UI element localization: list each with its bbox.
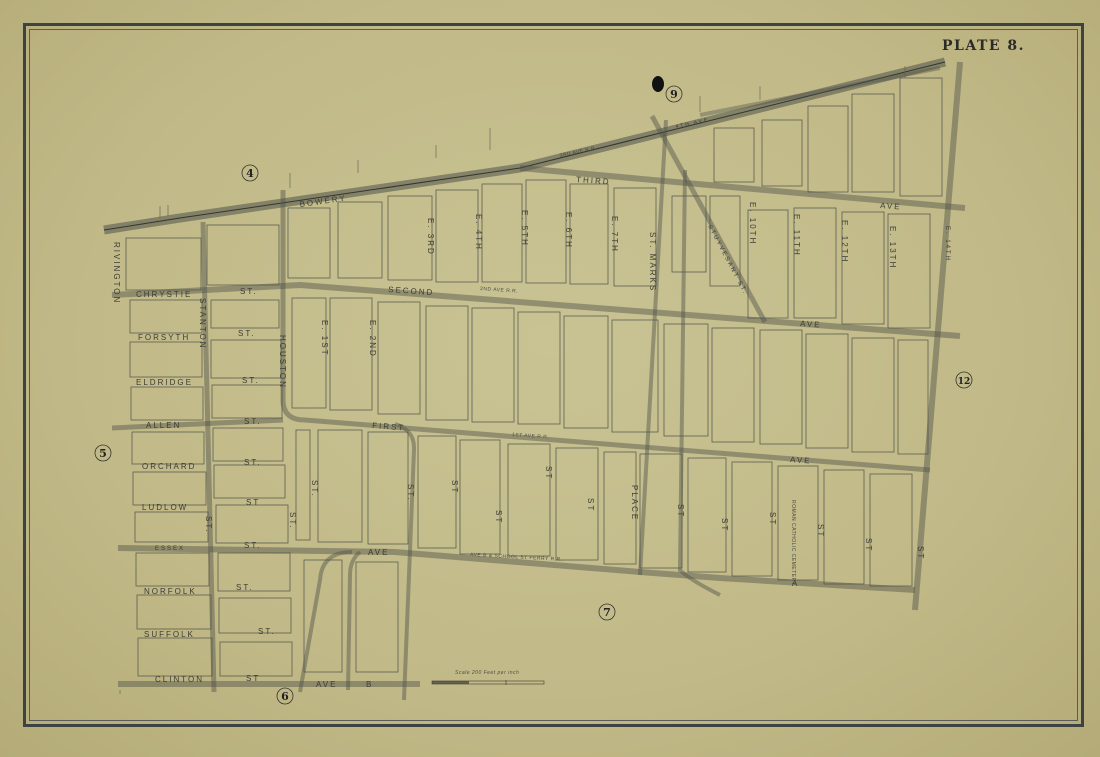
label-houston: HOUSTON: [278, 335, 287, 389]
label-third-ave: AVE: [880, 201, 902, 211]
label-ave-b-ave: AVE: [316, 680, 337, 689]
label-ludlow: LUDLOW: [142, 503, 188, 512]
label-e-14th: E. 14TH: [944, 226, 950, 262]
label-forsyth-st: ST.: [238, 329, 256, 338]
label-clinton: CLINTON: [155, 675, 204, 684]
label-orchard-st: ST.: [244, 458, 262, 467]
label-place: PLACE: [630, 485, 639, 521]
street-labels: BOWERY THIRD AVE SECOND AVE FIRST AVE AV…: [112, 117, 950, 689]
label-clinton-st: ST: [246, 674, 260, 683]
plate-ref-6[interactable]: 6: [277, 688, 293, 704]
label-e-10th: E. 10TH: [748, 202, 757, 245]
label-orchard: ORCHARD: [142, 462, 196, 471]
label-suffolk-st: ST.: [258, 627, 276, 636]
label-chrystie-st: ST.: [240, 287, 258, 296]
label-st-marks: ST. MARKS: [648, 232, 657, 292]
label-second: SECOND: [388, 285, 435, 297]
label-essex: ESSEX: [155, 546, 185, 552]
streets: [104, 62, 965, 700]
label-first-ave: AVE: [790, 455, 812, 465]
label-rr-second: 2ND AVE R.R.: [480, 286, 518, 295]
label-second-ave: AVE: [800, 319, 822, 329]
street-map: BOWERY THIRD AVE SECOND AVE FIRST AVE AV…: [0, 0, 1100, 757]
svg-text:4: 4: [246, 167, 254, 180]
label-st: ST: [720, 518, 729, 532]
plate-ref-4[interactable]: 4: [242, 165, 258, 181]
plate-ref-7[interactable]: 7: [599, 604, 615, 620]
label-e-7th: E. 7TH: [610, 216, 619, 253]
lot-lines: [120, 66, 905, 694]
label-rivington: RIVINGTON: [112, 242, 121, 304]
label-e-3rd: E. 3RD: [426, 218, 435, 256]
label-e-12th: E. 12TH: [840, 220, 849, 263]
svg-text:7: 7: [603, 606, 611, 619]
label-stanton: STANTON: [198, 298, 207, 349]
plate-ref-9[interactable]: 9: [652, 76, 682, 102]
label-norfolk-st: ST.: [236, 583, 254, 592]
label-stuyvesant: STUYVESANT ST.: [706, 224, 748, 296]
label-ave-a-left: AVE: [368, 548, 389, 557]
label-e-4th: E. 4TH: [474, 214, 483, 251]
label-st: ST: [544, 466, 553, 480]
label-st: ST: [450, 480, 459, 494]
label-e-6th: E. 6TH: [564, 212, 573, 249]
label-st: ST: [494, 510, 503, 524]
svg-text:9: 9: [670, 88, 678, 101]
label-cemetery: ROMAN CATHOLIC CEMETERY: [790, 500, 796, 586]
label-eldridge: ELDRIDGE: [136, 378, 193, 387]
plate-ref-5[interactable]: 5: [95, 445, 111, 461]
label-first: FIRST: [372, 421, 406, 432]
label-st: ST.: [406, 484, 415, 502]
label-st: ST: [864, 538, 873, 552]
label-e-5th: E. 5TH: [520, 210, 529, 247]
label-st: ST.: [204, 516, 213, 534]
label-suffolk: SUFFOLK: [144, 630, 195, 639]
label-e-2nd: E. 2ND: [368, 320, 377, 358]
svg-text:12: 12: [958, 377, 971, 387]
scale-bar: Scale 200 Feet per inch: [432, 670, 544, 685]
label-allen: ALLEN: [146, 421, 181, 430]
label-norfolk: NORFOLK: [144, 587, 197, 596]
label-st: ST: [916, 546, 925, 560]
label-chrystie: CHRYSTIE: [136, 290, 192, 299]
label-avenue-b: B: [366, 680, 373, 689]
label-st: ST: [676, 504, 685, 518]
map-sheet: PLATE 8.: [0, 0, 1100, 757]
plate-ref-12[interactable]: 12: [956, 372, 972, 388]
label-allen-st: ST.: [244, 417, 262, 426]
svg-text:5: 5: [99, 447, 107, 460]
label-eldridge-st: ST.: [242, 376, 260, 385]
label-e-1st: E. 1ST: [320, 320, 329, 356]
ink-blot: [652, 76, 664, 92]
scale-caption: Scale 200 Feet per inch: [455, 670, 519, 676]
label-third: THIRD: [576, 175, 611, 186]
label-forsyth: FORSYTH: [138, 333, 190, 342]
label-ludlow-st: ST: [246, 498, 260, 507]
label-st: ST.: [310, 480, 319, 498]
label-essex-st: ST.: [244, 541, 262, 550]
label-st: ST: [816, 524, 825, 538]
label-e-11th: E. 11TH: [792, 214, 801, 257]
label-st: ST.: [288, 512, 297, 530]
label-st: ST: [768, 512, 777, 526]
svg-text:6: 6: [281, 690, 289, 703]
label-e-13th: E. 13TH: [888, 226, 897, 269]
label-st: ST: [586, 498, 595, 512]
